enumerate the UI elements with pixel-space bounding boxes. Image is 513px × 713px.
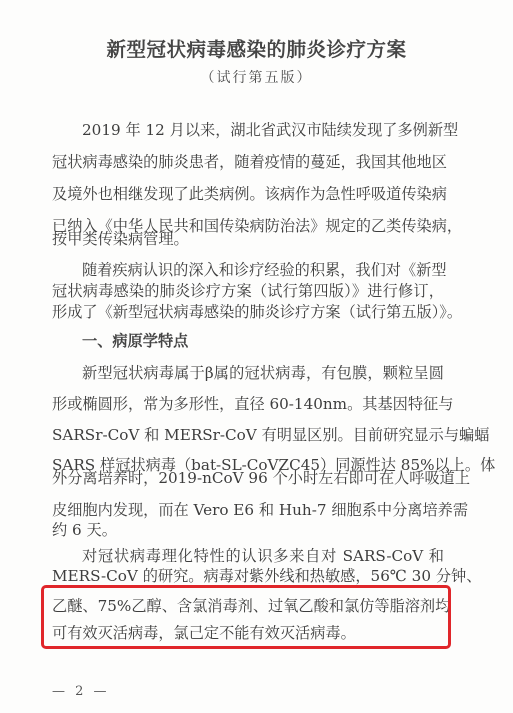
paragraph-3-line-3: SARSr-CoV 和 MERSr-CoV 有明显区别。目前研究显示与蝙蝠 <box>52 425 444 445</box>
paragraph-3-line-2: 形或椭圆形，常为多形性，直径 60-140nm。其基因特征与 <box>52 394 444 414</box>
paragraph-3-line-7: 约 6 天。 <box>52 520 444 540</box>
section-heading-pathogen: 一、病原学特点 <box>82 331 444 351</box>
paragraph-3-line-6: 皮细胞内发现，而在 Vero E6 和 Huh-7 细胞系中分离培养需 <box>52 500 444 520</box>
paragraph-1-line-5: 按甲类传染病管理。 <box>52 229 444 249</box>
paragraph-2-line-3: 形成了《新型冠状病毒感染的肺炎诊疗方案（试行第五版）》。 <box>52 302 444 322</box>
paragraph-1-line-1: 2019 年 12 月以来，湖北省武汉市陆续发现了多例新型 <box>82 120 444 140</box>
paragraph-1-line-2: 冠状病毒感染的肺炎患者，随着疫情的蔓延，我国其他地区 <box>52 152 444 172</box>
page-number: — 2 — <box>52 684 110 699</box>
document-title: 新型冠状病毒感染的肺炎诊疗方案 <box>0 34 513 62</box>
document-page: 新型冠状病毒感染的肺炎诊疗方案 （试行第五版） 2019 年 12 月以来，湖北… <box>0 0 513 713</box>
paragraph-4-line-1: 对冠状病毒理化特性的认识多来自对 SARS-CoV 和 <box>82 546 444 566</box>
red-highlight-box <box>41 585 451 649</box>
document-subtitle: （试行第五版） <box>0 67 513 87</box>
paragraph-3-line-5: 外分离培养时，2019-nCoV 96 个小时左右即可在人呼吸道上 <box>52 468 444 488</box>
paragraph-2-line-1: 随着疾病认识的深入和诊疗经验的积累，我们对《新型 <box>82 260 444 280</box>
paragraph-2-line-2: 冠状病毒感染的肺炎诊疗方案（试行第四版）》进行修订， <box>52 281 444 301</box>
paragraph-3-line-1: 新型冠状病毒属于β属的冠状病毒，有包膜，颗粒呈圆 <box>82 363 444 383</box>
paragraph-1-line-3: 及境外也相继发现了此类病例。该病作为急性呼吸道传染病 <box>52 184 444 204</box>
paragraph-4-line-2: MERS-CoV 的研究。病毒对紫外线和热敏感，56℃ 30 分钟、 <box>52 566 444 586</box>
